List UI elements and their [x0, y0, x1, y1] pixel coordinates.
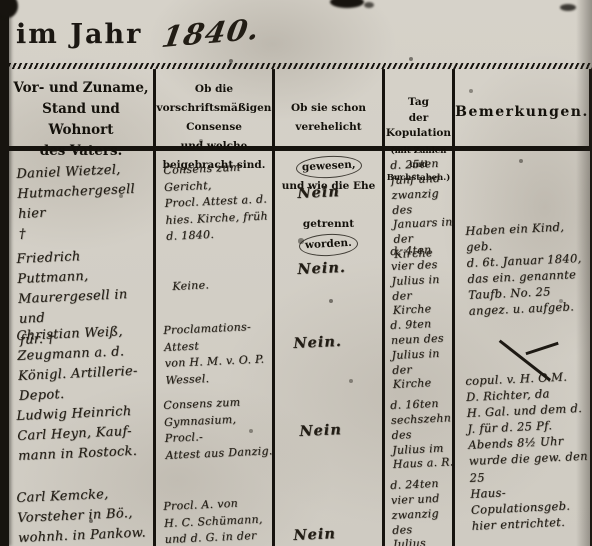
register-table: Vor- und Zuname, Stand und Wohnort des V…: [9, 69, 592, 546]
entry-married: Nein: [299, 419, 382, 440]
entry-father: Daniel Wietzel, Hutmachergesell hier †: [16, 159, 155, 245]
pen-flourish: [525, 342, 558, 355]
header-remarks: Bemerkungen.: [455, 69, 592, 151]
entry-remarks: copul. v. H. O.M. D. Richter, da H. Gal.…: [465, 368, 592, 534]
page-heading: im Jahr 1840.: [16, 16, 259, 50]
entry-date: d. 4ten vier des Julius in der Kirche: [390, 242, 454, 319]
entry-married: Nein.: [293, 331, 382, 352]
entry-date: d. 9ten neun des Julius in der Kirche: [390, 316, 454, 393]
header-copulation-day: Tag der Kopulation (mit Zahlen und Buchs…: [385, 69, 455, 151]
header-previous-marriage: Ob sie schon verehelicht gewesen, und wi…: [275, 69, 385, 151]
ink-smudge: [330, 0, 364, 8]
column-remarks: Haben ein Kind, geb. d. 6t. Januar 1840,…: [455, 151, 592, 546]
header-prev-line1: Ob sie schon verehelicht: [291, 102, 366, 133]
entry-father: Carl Kemcke, Vorsteher in Bö., wohnh. in…: [16, 483, 155, 546]
entry-father: Christian Weiß, Zeugmann a. d. Königl. A…: [16, 321, 155, 407]
entry-consent: Consens zum Gericht, Procl. Attest a. d.…: [163, 158, 274, 245]
entry-remarks: Haben ein Kind, geb. d. 6t. Januar 1840,…: [465, 218, 592, 320]
entry-consent: Keine.: [172, 275, 272, 296]
heading-printed-text: im Jahr: [16, 19, 142, 50]
column-previous-marriage: Nein Nein. Nein. Nein Nein: [275, 151, 385, 546]
entry-date: d. 16ten sechszehn des Julius im Haus a.…: [390, 396, 454, 473]
register-page-scan: im Jahr 1840. Vor- und Zuname, Stand und…: [0, 0, 592, 546]
paper-specks: [0, 0, 2, 2]
heading-handwritten-year: 1840.: [160, 12, 263, 54]
entry-married: Nein: [293, 523, 382, 544]
ink-smudge: [364, 2, 374, 8]
entry-consent: Consens zum Gymnasium, Procl.- Attest au…: [163, 393, 274, 464]
column-father: Daniel Wietzel, Hutmachergesell hier † F…: [9, 151, 156, 546]
entry-married: Nein: [297, 181, 382, 202]
entry-consent: Proclamations-Attest von H. M. v. O. P. …: [163, 318, 274, 389]
entry-consent: Procl. A. von H. C. Schümann, und d. G. …: [163, 494, 273, 546]
ink-smudge: [560, 4, 576, 11]
scan-edge-left: [0, 0, 9, 546]
entry-married: Nein.: [297, 257, 382, 278]
entry-date: d. 24ten vier und zwanzig des Julius: [390, 476, 454, 546]
header-consense: Ob die vorschriftsmäßigen Consense und w…: [156, 69, 275, 151]
column-copulation-day: d. 25ten fünf und zwanzig des Januars in…: [385, 151, 455, 546]
header-day-main: Tag der Kopulation: [386, 96, 451, 140]
column-consense: Consens zum Gericht, Procl. Attest a. d.…: [156, 151, 275, 546]
entry-father: Ludwig Heinrich Carl Heyn, Kauf- mann in…: [16, 401, 155, 467]
header-father: Vor- und Zuname, Stand und Wohnort des V…: [9, 69, 156, 151]
